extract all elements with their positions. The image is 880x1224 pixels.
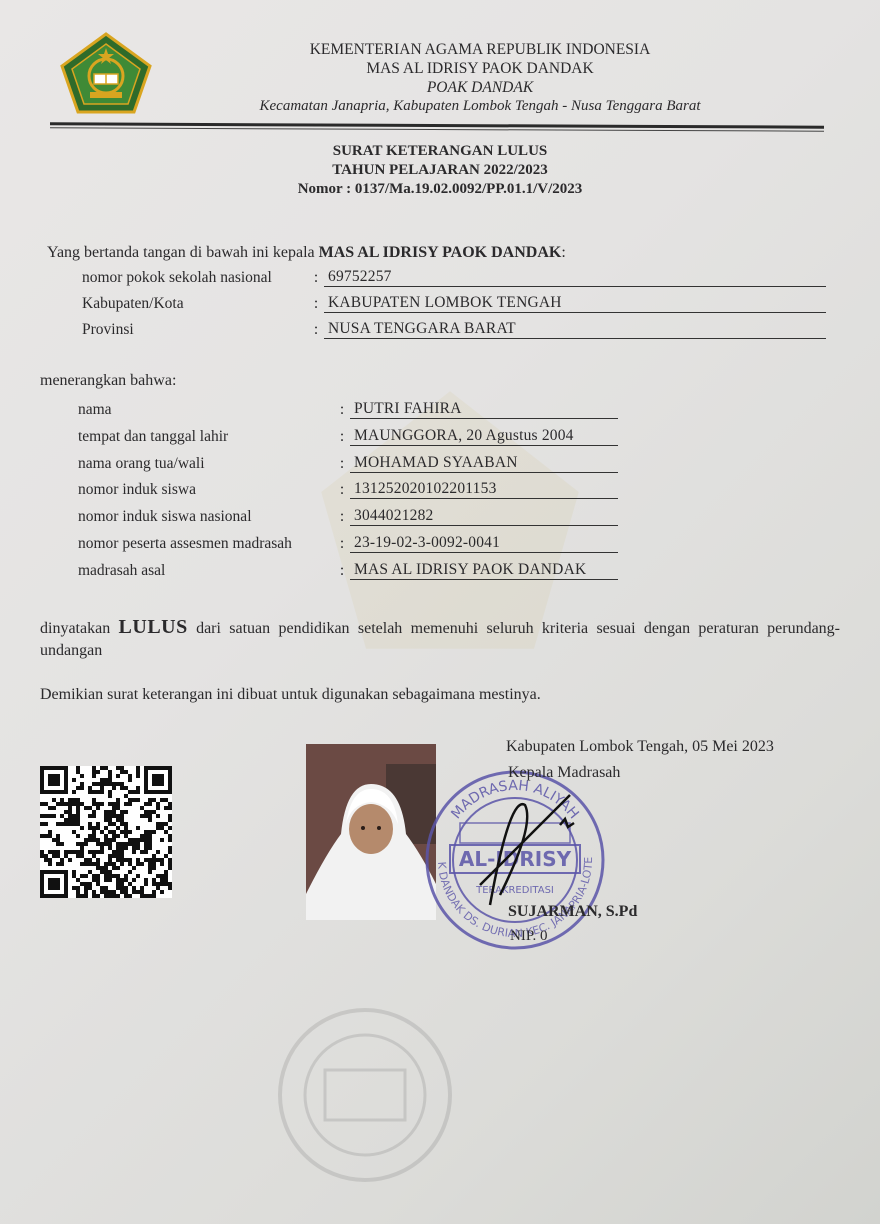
school-address: Kecamatan Janapria, Kabupaten Lombok Ten…: [220, 97, 740, 116]
kemenag-logo-icon: [60, 32, 152, 114]
field-label: nama: [78, 401, 334, 419]
field-label: nomor induk siswa nasional: [78, 508, 334, 526]
signer-nip: NIP. 0: [510, 928, 548, 945]
document-title: SURAT KETERANGAN LULUS TAHUN PELAJARAN 2…: [260, 142, 620, 199]
sign-place-date: Kabupaten Lombok Tengah, 05 Mei 2023: [506, 738, 774, 756]
student-info-row-assesmen: nomor peserta assesmen madrasah : 23-19-…: [78, 534, 618, 553]
field-label: nama orang tua/wali: [78, 455, 334, 473]
closing-statement: Demikian surat keterangan ini dibuat unt…: [40, 686, 541, 704]
field-label: Kabupaten/Kota: [82, 295, 308, 313]
field-value: NUSA TENGGARA BARAT: [324, 320, 826, 339]
field-value: 69752257: [324, 268, 826, 287]
student-photo: [306, 744, 436, 920]
signer-name: SUJARMAN, S.Pd: [508, 903, 637, 921]
faded-stamp-icon: [270, 1000, 460, 1190]
field-value: MAS AL IDRISY PAOK DANDAK: [350, 561, 618, 580]
intro-suffix: :: [561, 244, 565, 261]
field-value: MAUNGGORA, 20 Agustus 2004: [350, 427, 618, 446]
field-value: MOHAMAD SYAABAN: [350, 454, 618, 473]
field-colon: :: [334, 535, 350, 553]
field-colon: :: [334, 401, 350, 419]
field-value: PUTRI FAHIRA: [350, 400, 618, 419]
village-name: POAK DANDAK: [220, 78, 740, 97]
field-colon: :: [308, 269, 324, 287]
school-info-row-npsn: nomor pokok sekolah nasional : 69752257: [82, 268, 826, 287]
document-number: Nomor : 0137/Ma.19.02.0092/PP.01.1/V/202…: [260, 180, 620, 199]
field-label: nomor peserta assesmen madrasah: [78, 535, 334, 553]
intro-text: Yang bertanda tangan di bawah ini kepala…: [47, 244, 566, 262]
student-info-row-nis: nomor induk siswa : 131252020102201153: [78, 480, 618, 499]
ministry-name: KEMENTERIAN AGAMA REPUBLIK INDONESIA: [220, 40, 740, 59]
field-colon: :: [334, 508, 350, 526]
sign-role: Kepala Madrasah: [508, 764, 620, 782]
school-info-row-kabupaten: Kabupaten/Kota : KABUPATEN LOMBOK TENGAH: [82, 294, 826, 313]
field-colon: :: [334, 481, 350, 499]
school-info-row-provinsi: Provinsi : NUSA TENGGARA BARAT: [82, 320, 826, 339]
student-info-row-ttl: tempat dan tanggal lahir : MAUNGGORA, 20…: [78, 427, 618, 446]
field-colon: :: [334, 562, 350, 580]
school-stamp-icon: MADRASAH ALIYAH PAOK DANDAK DS. DURIAN K…: [420, 765, 610, 955]
svg-text:TERAKREDITASI: TERAKREDITASI: [475, 885, 554, 896]
field-colon: :: [334, 455, 350, 473]
qr-code-icon[interactable]: [40, 766, 172, 898]
school-name: MAS AL IDRISY PAOK DANDAK: [220, 59, 740, 78]
title-line-1: SURAT KETERANGAN LULUS: [260, 142, 620, 161]
student-info-row-nisn: nomor induk siswa nasional : 3044021282: [78, 507, 618, 526]
field-label: nomor pokok sekolah nasional: [82, 269, 308, 287]
intro-school: MAS AL IDRISY PAOK DANDAK: [319, 244, 562, 261]
field-value: 3044021282: [350, 507, 618, 526]
field-value: 23-19-02-3-0092-0041: [350, 534, 618, 553]
student-info-row-madrasah-asal: madrasah asal : MAS AL IDRISY PAOK DANDA…: [78, 561, 618, 580]
field-label: Provinsi: [82, 321, 308, 339]
letterhead: KEMENTERIAN AGAMA REPUBLIK INDONESIA MAS…: [220, 40, 740, 116]
statement-prefix: dinyatakan: [40, 620, 110, 637]
student-info-row-wali: nama orang tua/wali : MOHAMAD SYAABAN: [78, 454, 618, 473]
field-label: nomor induk siswa: [78, 481, 334, 499]
title-line-2: TAHUN PELAJARAN 2022/2023: [260, 161, 620, 180]
field-label: tempat dan tanggal lahir: [78, 428, 334, 446]
menerangkan-label: menerangkan bahwa:: [40, 372, 176, 390]
field-label: madrasah asal: [78, 562, 334, 580]
field-value: 131252020102201153: [350, 480, 618, 499]
field-value: KABUPATEN LOMBOK TENGAH: [324, 294, 826, 313]
graduation-statement: dinyatakan LULUS dari satuan pendidikan …: [40, 616, 840, 662]
field-colon: :: [308, 321, 324, 339]
field-colon: :: [334, 428, 350, 446]
field-colon: :: [308, 295, 324, 313]
certificate-page: KEMENTERIAN AGAMA REPUBLIK INDONESIA MAS…: [0, 0, 880, 1224]
student-info-row-nama: nama : PUTRI FAHIRA: [78, 400, 618, 419]
graduation-status: LULUS: [119, 616, 188, 638]
intro-prefix: Yang bertanda tangan di bawah ini kepala: [47, 244, 315, 261]
